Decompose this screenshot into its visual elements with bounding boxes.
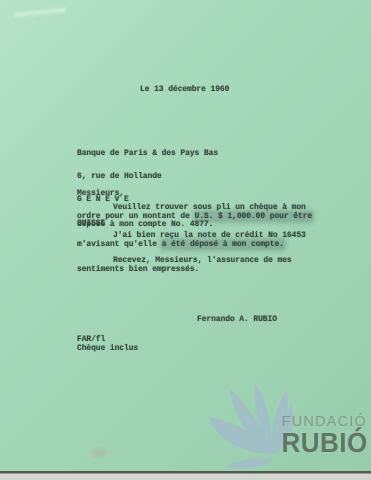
paragraph2-line2-smudged-text: a été déposé à mon compte.	[162, 240, 284, 249]
letter-page: Le 13 décembre 1960 Banque de Paris & de…	[0, 0, 371, 471]
paragraph1-line3: déposé à mon compte No. 4877.	[77, 221, 213, 230]
scan-background-strip	[0, 471, 371, 480]
salutation: Messieurs,	[77, 190, 124, 199]
date-line: Le 13 décembre 1960	[140, 86, 229, 95]
signature-name: Fernando A. RUBIO	[197, 316, 277, 325]
foundation-watermark: FUNDACIÓ RUBIÓ	[202, 380, 371, 472]
paragraph3-line2: sentiments bien empressés.	[77, 266, 199, 275]
paragraph2-line2-text: m'avisant qu'elle	[77, 240, 162, 249]
recipient-name: Banque de Paris & des Pays Bas	[77, 150, 218, 158]
paper-stain-mark	[88, 446, 110, 460]
recipient-street: 6, rue de Hollande	[77, 173, 218, 181]
foundation-name-line2: RUBIÓ	[282, 427, 368, 459]
paragraph2-line2: m'avisant qu'elle a été déposé à mon com…	[77, 241, 284, 250]
enclosure-note: Chèque inclus	[77, 345, 138, 354]
paper-crease-mark	[14, 6, 66, 18]
